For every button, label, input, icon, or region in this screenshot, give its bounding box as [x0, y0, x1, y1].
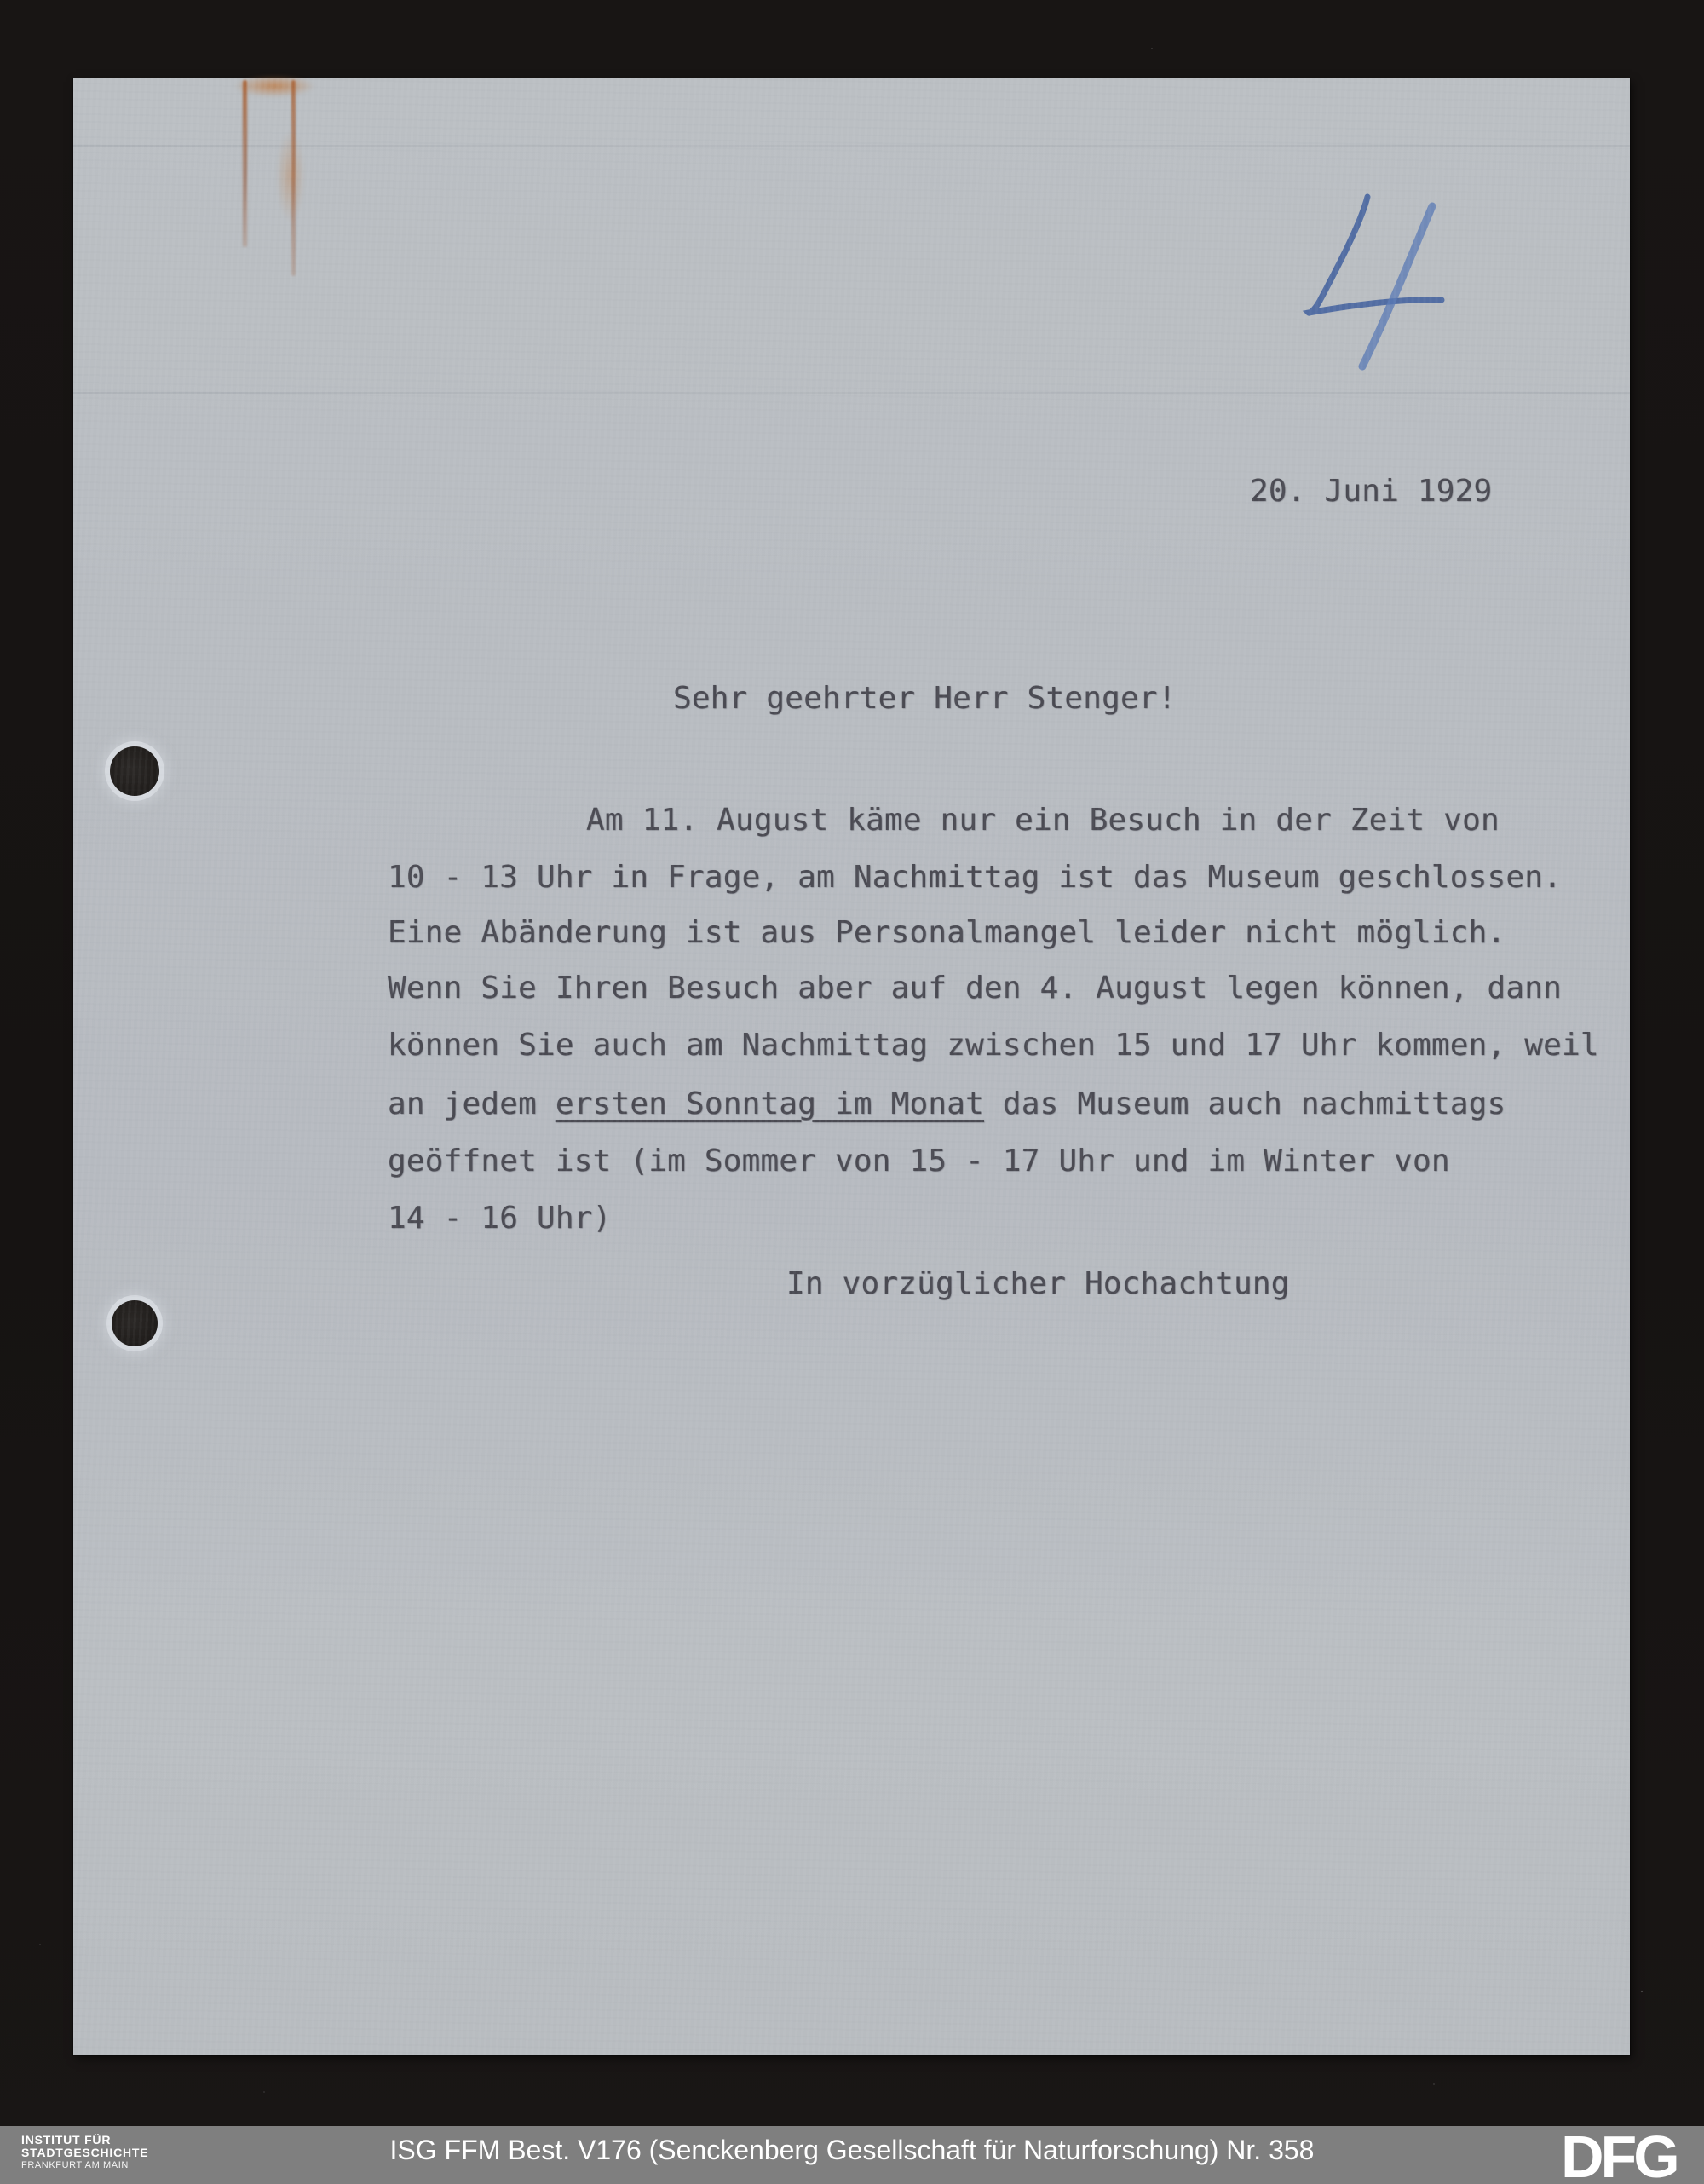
page-number-value: 4: [1478, 183, 1479, 184]
rust-stain: [276, 130, 305, 223]
handwritten-4-strokes: [1274, 183, 1478, 388]
fold-line: [73, 145, 1630, 147]
archive-reference: ISG FFM Best. V176 (Senckenberg Gesellsc…: [0, 2135, 1704, 2165]
fold-line: [73, 392, 1630, 394]
punch-hole: [110, 746, 159, 796]
body-line-6-pre: an jedem: [388, 1086, 556, 1121]
body-line-6-post: das Museum auch nachmittags: [984, 1086, 1505, 1121]
body-line-4: Wenn Sie Ihren Besuch aber auf den 4. Au…: [388, 971, 1562, 1006]
letter-date: 20. Juni 1929: [1250, 474, 1492, 510]
body-line-6: an jedem ersten Sonntag im Monat das Mus…: [388, 1086, 1505, 1122]
closing-line: In vorzüglicher Hochachtung: [786, 1266, 1290, 1302]
punch-hole: [112, 1300, 158, 1346]
letter-sheet: 4 20. Juni 1929 Sehr geehrter Herr Steng…: [73, 78, 1630, 2055]
rust-stain: [243, 80, 247, 247]
dfg-logo: DFG: [1561, 2127, 1677, 2184]
body-line-8: 14 - 16 Uhr): [388, 1201, 612, 1236]
body-line-5: können Sie auch am Nachmittag zwischen 1…: [388, 1028, 1599, 1063]
body-line-3: Eine Abänderung ist aus Personalmangel l…: [388, 915, 1505, 951]
body-line-2: 10 - 13 Uhr in Frage, am Nachmittag ist …: [388, 860, 1562, 896]
handwritten-page-number: 4: [1274, 183, 1478, 388]
scanned-document-page: 4 20. Juni 1929 Sehr geehrter Herr Steng…: [0, 0, 1704, 2184]
salutation-line: Sehr geehrter Herr Stenger!: [673, 681, 1177, 717]
underlined-phrase: ersten Sonntag im Monat: [556, 1086, 984, 1121]
body-line-1: Am 11. August käme nur ein Besuch in der…: [586, 803, 1500, 838]
body-line-7: geöffnet ist (im Sommer von 15 - 17 Uhr …: [388, 1144, 1450, 1179]
